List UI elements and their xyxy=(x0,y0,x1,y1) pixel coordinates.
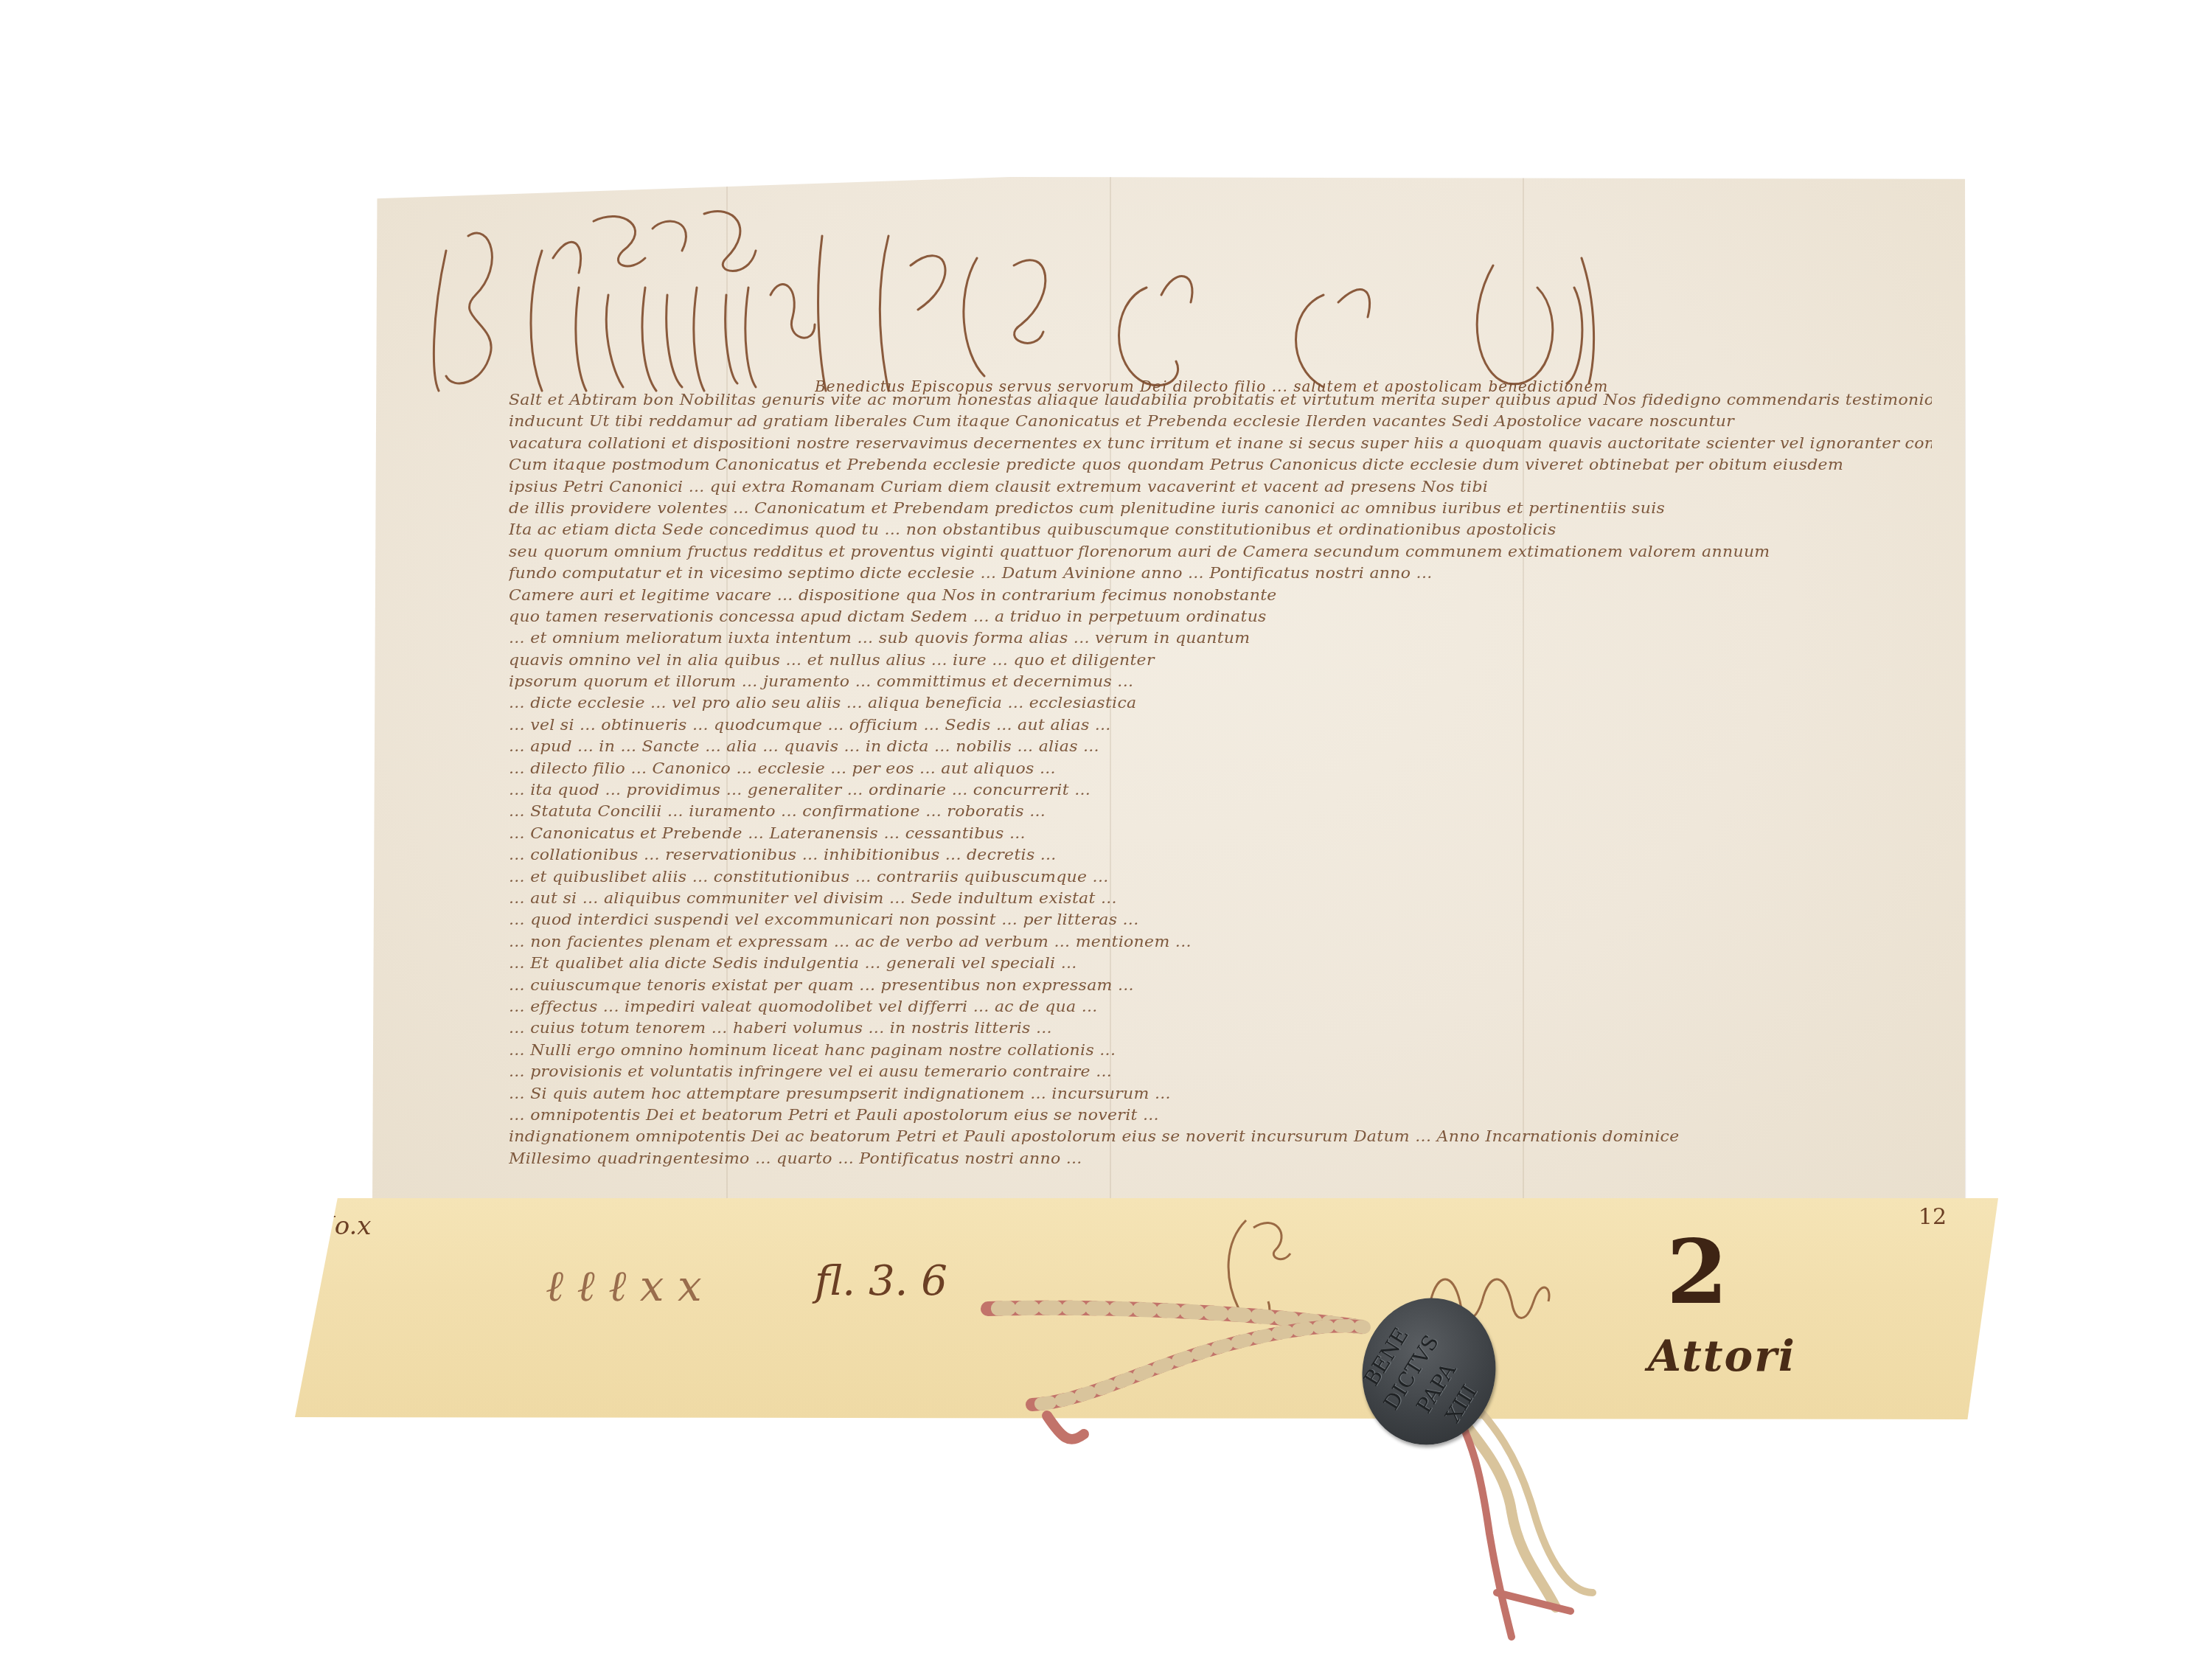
text-line: Ita ac etiam dicta Sede concedimus quod … xyxy=(509,520,1932,540)
text-line: ... provisionis et voluntatis infringere… xyxy=(509,1062,1932,1082)
text-line: ... cuius totum tenorem ... haberi volum… xyxy=(509,1018,1932,1039)
text-line: ... effectus ... impediri valeat quomodo… xyxy=(509,997,1932,1018)
text-line: fundo computatur et in vicesimo septimo … xyxy=(509,563,1932,584)
text-line: Salt et Abtiram bon Nobilitas genuris vi… xyxy=(509,390,1932,411)
text-line: ... Nulli ergo omnino hominum liceat han… xyxy=(509,1040,1932,1060)
registry-word: Attori xyxy=(1648,1331,1796,1381)
text-line: ... aut si ... aliquibus communiter vel … xyxy=(509,888,1932,909)
text-line: ... ita quod ... providimus ... generali… xyxy=(509,780,1932,801)
text-line: Cum itaque postmodum Canonicatus et Preb… xyxy=(509,455,1932,476)
text-line: ipsius Petri Canonici ... qui extra Roma… xyxy=(509,476,1932,497)
elongated-letters-header xyxy=(402,206,1950,398)
plica-note-left: Jo.x xyxy=(324,1211,371,1241)
text-line: ... dicte ecclesie ... vel pro alio seu … xyxy=(509,693,1932,714)
parchment-sheet: Benedictus Episcopus servus servorum Dei… xyxy=(372,177,1965,1206)
text-line: indignationem omnipotentis Dei ac beator… xyxy=(509,1127,1932,1147)
text-line: ... quod interdici suspendi vel excommun… xyxy=(509,910,1932,931)
text-line: ipsorum quorum et illorum ... juramento … xyxy=(509,672,1932,692)
fee-amount: fl. 3. 6 xyxy=(815,1257,947,1305)
text-line: ... Si quis autem hoc attemptare presump… xyxy=(509,1083,1932,1104)
text-line: Millesimo quadringentesimo ... quarto ..… xyxy=(509,1148,1932,1169)
tax-mark: ℓ ℓ ℓ x x xyxy=(546,1261,702,1311)
document-body: Salt et Abtiram bon Nobilitas genuris vi… xyxy=(509,389,1932,1169)
text-line: de illis providere volentes ... Canonica… xyxy=(509,498,1932,519)
text-line: ... vel si ... obtinueris ... quodcumque… xyxy=(509,715,1932,736)
text-line: ... apud ... in ... Sancte ... alia ... … xyxy=(509,737,1932,757)
text-line: ... non facientes plenam et expressam ..… xyxy=(509,932,1932,953)
text-line: ... Et qualibet alia dicte Sedis indulge… xyxy=(509,953,1932,974)
text-line: Camere auri et legitime vacare ... dispo… xyxy=(509,585,1932,605)
text-line: quo tamen reservationis concessa apud di… xyxy=(509,607,1932,627)
text-line: seu quorum omnium fructus redditus et pr… xyxy=(509,541,1932,562)
text-line: ... et quibuslibet aliis ... constitutio… xyxy=(509,866,1932,887)
large-numeral: 2 xyxy=(1666,1220,1728,1324)
text-line: ... omnipotentis Dei et beatorum Petri e… xyxy=(509,1105,1932,1126)
plica-number: 12 xyxy=(1919,1204,1947,1230)
flourish-c-icon xyxy=(1194,1213,1305,1331)
text-line: inducunt Ut tibi reddamur ad gratiam lib… xyxy=(509,411,1932,432)
text-line: ... et omnium melioratum iuxta intentum … xyxy=(509,628,1932,649)
text-line: vacatura collationi et dispositioni nost… xyxy=(509,434,1932,454)
plica-fold: Jo.x ℓ ℓ ℓ x x fl. 3. 6 12 2 Attori xyxy=(295,1198,1998,1419)
text-line: ... dilecto filio ... Canonico ... eccle… xyxy=(509,758,1932,779)
text-line: ... Canonicatus et Prebende ... Laterane… xyxy=(509,824,1932,844)
text-line: ... collationibus ... reservationibus ..… xyxy=(509,845,1932,866)
text-line: quavis omnino vel in alia quibus ... et … xyxy=(509,650,1932,670)
text-line: ... Statuta Concilii ... iuramento ... c… xyxy=(509,801,1932,822)
text-line: ... cuiuscumque tenoris existat per quam… xyxy=(509,975,1932,995)
